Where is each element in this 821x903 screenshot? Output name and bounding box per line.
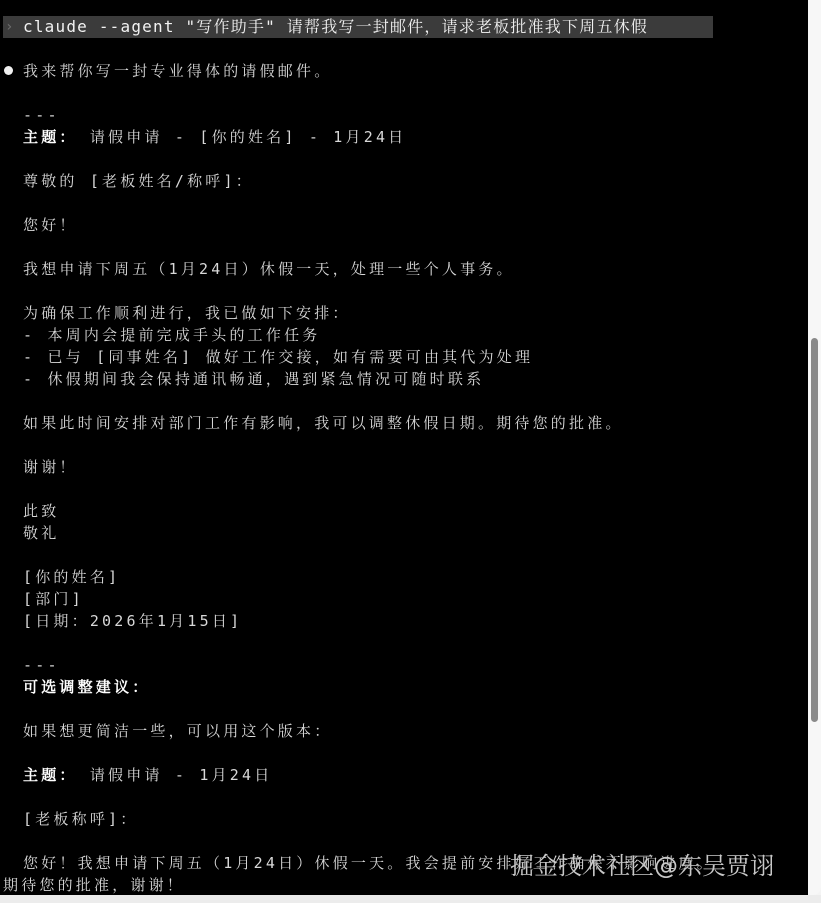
email-greeting: 您好！: [23, 214, 78, 236]
signature-date: [日期：2026年1月15日]: [23, 610, 242, 632]
email-request: 我想申请下周五（1月24日）休假一天，处理一些个人事务。: [23, 258, 515, 280]
scrollbar-track[interactable]: [808, 0, 821, 895]
signature-dept: [部门]: [23, 588, 84, 610]
prompt-chevron-icon: ›: [5, 16, 13, 38]
suggestions-heading: 可选调整建议：: [23, 676, 150, 698]
short-subject: 主题： 请假申请 - 1月24日: [23, 764, 272, 786]
response-intro: 我来帮你写一封专业得体的请假邮件。: [23, 60, 332, 82]
short-body-line-2: 期待您的批准，谢谢！: [3, 874, 185, 895]
email-closing-2: 敬礼: [23, 522, 59, 544]
arrangement-item: - 休假期间我会保持通讯畅通，遇到紧急情况可随时联系: [23, 368, 484, 390]
suggestions-separator: ---: [23, 654, 60, 676]
email-closing-1: 此致: [23, 500, 59, 522]
arrangement-item: - 本周内会提前完成手头的工作任务: [23, 324, 320, 346]
watermark: 掘金技术社区@东吴贾诩: [510, 846, 774, 881]
scrollbar-thumb[interactable]: [811, 338, 818, 722]
email-arrangements-intro: 为确保工作顺利进行，我已做如下安排：: [23, 302, 351, 324]
email-thanks: 谢谢！: [23, 456, 78, 478]
window-bottom-edge: [0, 895, 821, 903]
short-subject-label: 主题：: [23, 766, 78, 784]
signature-name: [你的姓名]: [23, 566, 120, 588]
arrangement-item: - 已与 [同事姓名] 做好工作交接，如有需要可由其代为处理: [23, 346, 533, 368]
subject-label: 主题：: [23, 128, 78, 146]
response-bullet-icon: [4, 66, 13, 75]
subject-value: 请假申请 - [你的姓名] - 1月24日: [78, 128, 407, 146]
email-separator: ---: [23, 104, 60, 126]
suggestions-intro: 如果想更简洁一些，可以用这个版本：: [23, 720, 332, 742]
short-subject-value: 请假申请 - 1月24日: [78, 766, 273, 784]
email-subject: 主题： 请假申请 - [你的姓名] - 1月24日: [23, 126, 406, 148]
terminal-window[interactable]: › claude --agent "写作助手" 请帮我写一封邮件，请求老板批准我…: [0, 0, 808, 895]
email-flexibility: 如果此时间安排对部门工作有影响，我可以调整休假日期。期待您的批准。: [23, 412, 624, 434]
email-salutation: 尊敬的 [老板姓名/称呼]：: [23, 170, 254, 192]
prompt-command: claude --agent "写作助手" 请帮我写一封邮件，请求老板批准我下周…: [23, 16, 648, 38]
short-salutation: [老板称呼]：: [23, 808, 138, 830]
